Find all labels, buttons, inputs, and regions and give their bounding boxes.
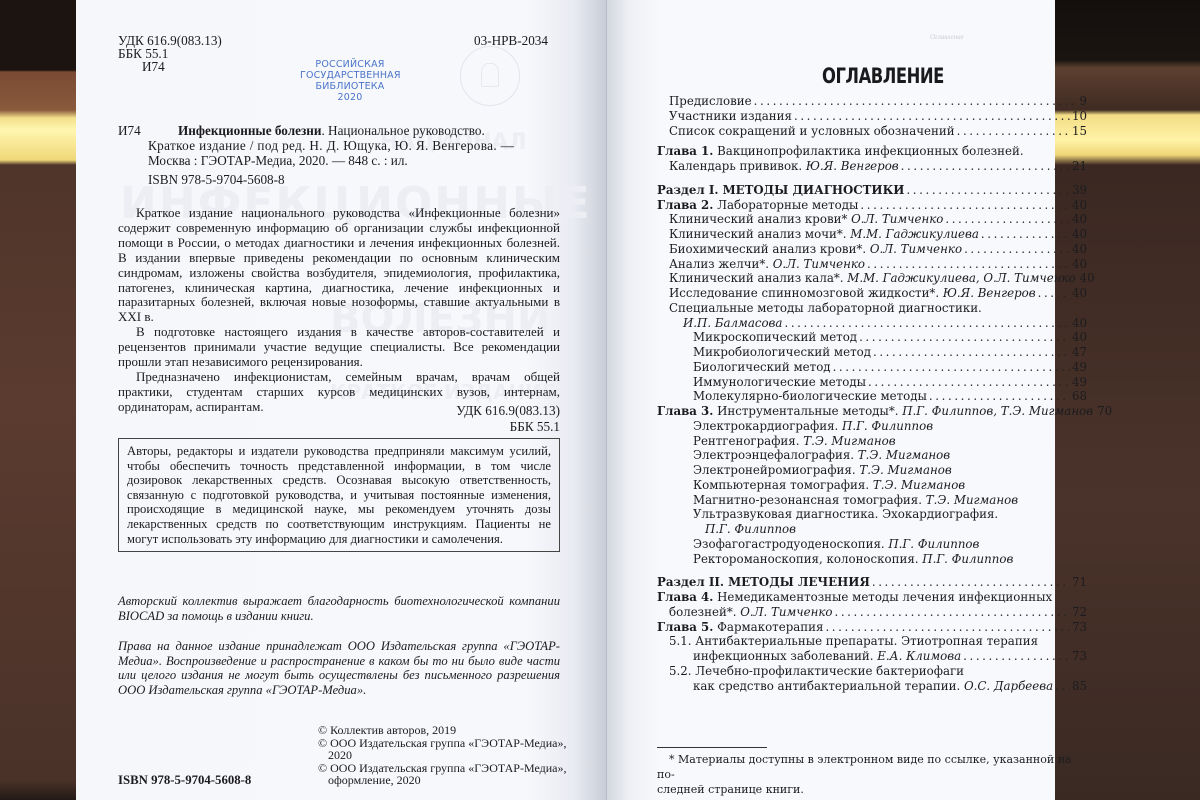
toc-page-number: 68 (1072, 389, 1087, 403)
copyright-line: оформление, 2020 (318, 774, 566, 787)
toc-entry-text: Магнитно-резонансная томография. (693, 493, 926, 507)
toc-entry-title: Анализ желчи*. О.Л. Тимченко (669, 257, 865, 271)
copyright-line: © ООО Издательская группа «ГЭОТАР-Медиа»… (318, 737, 566, 750)
dot-leader (867, 257, 1070, 271)
toc-entry-title: болезней*. О.Л. Тимченко (669, 605, 832, 619)
toc-entry-text: Рентгенография. (693, 434, 803, 448)
toc-entry-author: И.П. Балмасова (683, 316, 782, 330)
toc-entry-title: Иммунологические методы (693, 375, 866, 389)
dot-leader (872, 575, 1070, 589)
toc-entry-text: Фармакотерапия (713, 620, 823, 634)
toc-entry-text: инфекционных заболеваний. (693, 649, 877, 663)
dot-leader (957, 124, 1070, 138)
toc-entry-title: 5.1. Антибактериальные препараты. Этиотр… (669, 634, 1038, 648)
dot-leader (906, 183, 1070, 197)
toc-entry-text: Иммунологические методы (693, 375, 866, 389)
toc-entry-text: Микроскопический метод (693, 330, 857, 344)
toc-entry[interactable]: 5.2. Лечебно-профилактические бактериофа… (657, 664, 1087, 679)
toc-entry-title: И.П. Балмасова (683, 316, 782, 330)
toc-entry-title: Биохимический анализ крови*. О.Л. Тимчен… (669, 242, 962, 256)
background-left (0, 0, 76, 800)
toc-page-number: 40 (1072, 212, 1087, 226)
toc-entry[interactable]: Электрокардиография. П.Г. Филиппов (657, 419, 1087, 434)
toc-entry-text: Клинический анализ мочи*. (669, 227, 850, 241)
dot-leader (859, 330, 1070, 344)
dot-leader (1038, 286, 1070, 300)
disclaimer-box: Авторы, редакторы и издатели руководства… (118, 438, 560, 552)
toc-entry-text: Лабораторные методы (713, 198, 858, 212)
footnote-line: следней странице книги. (657, 782, 1087, 797)
toc-entry[interactable]: Специальные методы лабораторной диагност… (657, 301, 1087, 316)
toc-entry[interactable]: Микробиологический метод47 (657, 345, 1087, 360)
toc-entry-text: Электронейромиография. (693, 463, 859, 477)
toc-entry[interactable]: 5.1. Антибактериальные препараты. Этиотр… (657, 634, 1087, 649)
toc-page-number: 70 (1097, 404, 1112, 418)
toc-entry[interactable]: Глава 2. Лабораторные методы40 (657, 198, 1087, 213)
toc-entry-author: Т.Э. Мигманов (873, 478, 965, 492)
toc-entry[interactable]: Участники издания10 (657, 109, 1087, 124)
toc-entry[interactable]: Эзофагогастродуоденоскопия. П.Г. Филиппо… (657, 537, 1087, 552)
toc-page-number: 72 (1072, 605, 1087, 619)
toc-entry-text: Биохимический анализ крови*. (669, 242, 870, 256)
dot-leader (868, 375, 1070, 389)
toc-entry-text: Вакцинопрофилактика инфекционных болезне… (713, 144, 1023, 158)
author-mark: И74 (142, 60, 165, 75)
toc-entry[interactable]: Список сокращений и условных обозначений… (657, 124, 1087, 139)
toc-entry[interactable]: Биохимический анализ крови*. О.Л. Тимчен… (657, 242, 1087, 257)
stamp-line: РОССИЙСКАЯ (300, 59, 400, 70)
toc-entry-text: Микробиологический метод (693, 345, 871, 359)
toc-entry-heading: Глава 3. (657, 404, 713, 418)
toc-page-number: 49 (1072, 375, 1087, 389)
dot-leader (754, 94, 1078, 108)
toc-entry-title: Молекулярно-биологические методы (693, 389, 927, 403)
toc-entry-author: П.Г. Филиппов (922, 552, 1013, 566)
toc-entry-author: Ю.Я. Венгеров (943, 286, 1036, 300)
toc-entry[interactable]: Биологический метод49 (657, 360, 1087, 375)
toc-page-number: 40 (1072, 330, 1087, 344)
toc-entry-text: Инструментальные методы*. (713, 404, 902, 418)
publisher-seal-icon (460, 46, 520, 106)
rights-notice: Права на данное издание принадлежат ООО … (118, 639, 560, 697)
toc-entry-title: Глава 2. Лабораторные методы (657, 198, 858, 212)
toc-entry[interactable]: Электронейромиография. Т.Э. Мигманов (657, 463, 1087, 478)
toc-entry[interactable]: Глава 4. Немедикаментозные методы лечени… (657, 590, 1087, 605)
toc-entry-title: Клинический анализ мочи*. М.М. Гаджикули… (669, 227, 979, 241)
toc-entry-title: Эзофагогастродуоденоскопия. П.Г. Филиппо… (693, 537, 979, 551)
toc-entry-heading: Глава 5. (657, 620, 713, 634)
dot-leader (901, 159, 1070, 173)
footnote-line: * Материалы доступны в электронном виде … (657, 752, 1087, 782)
stamp-line: БИБЛИОТЕКА (300, 81, 400, 92)
toc-entry[interactable]: Раздел I. МЕТОДЫ ДИАГНОСТИКИ39 (657, 183, 1087, 198)
dot-leader (929, 389, 1070, 403)
toc-entry-author: Т.Э. Мигманов (926, 493, 1018, 507)
toc-entry-title: Клинический анализ кала*. М.М. Гаджикули… (669, 271, 1076, 285)
toc-entry[interactable]: Клинический анализ крови* О.Л. Тимченко4… (657, 212, 1087, 227)
toc-entry[interactable]: Компьютерная томография. Т.Э. Мигманов (657, 478, 1087, 493)
annotation-paragraph: В подготовке настоящего издания в качест… (118, 325, 560, 370)
toc-entry-title: Микроскопический метод (693, 330, 857, 344)
dot-leader (873, 345, 1070, 359)
toc-entry[interactable]: Раздел II. МЕТОДЫ ЛЕЧЕНИЯ71 (657, 575, 1087, 590)
toc-entry[interactable]: как средство антибактериальной терапии. … (657, 679, 1087, 694)
dot-leader (794, 109, 1070, 123)
toc-page-number: 47 (1072, 345, 1087, 359)
toc-entry[interactable]: Календарь прививок. Ю.Я. Венгеров21 (657, 159, 1087, 174)
toc-entry-title: П.Г. Филиппов (705, 522, 796, 536)
toc-entry-text: Молекулярно-биологические методы (693, 389, 927, 403)
toc-entry-text: 5.1. Антибактериальные препараты. Этиотр… (669, 634, 1038, 648)
copyright-line: © Коллектив авторов, 2019 (318, 724, 566, 737)
annotation-paragraph: Краткое издание национального руководств… (118, 206, 560, 325)
toc-entry-title: Клинический анализ крови* О.Л. Тимченко (669, 212, 943, 226)
toc-page-number: 21 (1072, 159, 1087, 173)
footnote-rule (657, 747, 767, 748)
toc-page-number: 40 (1072, 316, 1087, 330)
dot-leader (964, 242, 1070, 256)
toc-entry-author: Е.А. Климова (877, 649, 961, 663)
toc-entry-heading: Раздел II. МЕТОДЫ ЛЕЧЕНИЯ (657, 575, 870, 589)
toc-entry-author: О.С. Дарбеева (964, 679, 1053, 693)
toc-page-number: 40 (1072, 198, 1087, 212)
toc-entry-title: Календарь прививок. Ю.Я. Венгеров (669, 159, 899, 173)
book-title: Инфекционные болезни (178, 123, 321, 138)
toc-entry[interactable]: Электроэнцефалография. Т.Э. Мигманов (657, 448, 1087, 463)
toc-entry[interactable]: Микроскопический метод40 (657, 330, 1087, 345)
toc-entry-text: Список сокращений и условных обозначений (669, 124, 955, 138)
toc-entry[interactable]: Клинический анализ мочи*. М.М. Гаджикули… (657, 227, 1087, 242)
toc-entry[interactable]: Ректороманоскопия, колоноскопия. П.Г. Фи… (657, 552, 1087, 567)
toc-entry-title: Микробиологический метод (693, 345, 871, 359)
toc-entry-text: Электрокардиография. (693, 419, 842, 433)
toc-entry-title: Ректороманоскопия, колоноскопия. П.Г. Фи… (693, 552, 1013, 566)
toc-entry[interactable]: Ультразвуковая диагностика. Эхокардиогра… (657, 507, 1087, 522)
copyright-line: 2020 (318, 749, 566, 762)
isbn-bottom: ISBN 978-5-9704-5608-8 (118, 773, 251, 788)
stamp-line: ГОСУДАРСТВЕННАЯ (300, 70, 400, 81)
toc-entry-title: Глава 4. Немедикаментозные методы лечени… (657, 590, 1052, 604)
dot-leader (825, 620, 1070, 634)
running-header: Оглавление (930, 33, 964, 41)
toc-entry-text: Компьютерная томография. (693, 478, 873, 492)
toc-page-number: 73 (1072, 649, 1087, 663)
toc-entry-title: Биологический метод (693, 360, 831, 374)
toc-entry-author: О.Л. Тимченко (851, 212, 943, 226)
toc-page-number: 71 (1072, 575, 1087, 589)
toc-entry-title: Список сокращений и условных обозначений (669, 124, 955, 138)
dot-leader (963, 649, 1070, 663)
toc-entry[interactable]: Иммунологические методы49 (657, 375, 1087, 390)
dot-leader (1055, 679, 1070, 693)
toc-entry-text: Анализ желчи*. (669, 257, 773, 271)
toc-entry-text: Ультразвуковая диагностика. Эхокардиогра… (693, 507, 998, 521)
toc-entry-author: П.Г. Филиппов (705, 522, 796, 536)
toc-entry-title: Раздел II. МЕТОДЫ ЛЕЧЕНИЯ (657, 575, 870, 589)
toc-entry-heading: Глава 1. (657, 144, 713, 158)
toc-entry-author: О.Л. Тимченко (870, 242, 962, 256)
toc-entry-title: Предисловие (669, 94, 752, 108)
toc-entry[interactable]: Рентгенография. Т.Э. Мигманов (657, 434, 1087, 449)
toc-page-number: 9 (1079, 94, 1087, 108)
toc-entry-text: Биологический метод (693, 360, 831, 374)
toc-entry-author: М.М. Гаджикулиева (850, 227, 979, 241)
toc-page-number: 39 (1072, 183, 1087, 197)
toc-entry-title: Электроэнцефалография. Т.Э. Мигманов (693, 448, 950, 462)
toc-page-number: 15 (1072, 124, 1087, 138)
toc-page-number: 49 (1072, 360, 1087, 374)
catalog-line-3: Москва : ГЭОТАР-Медиа, 2020. — 848 с. : … (148, 154, 408, 169)
toc-entry-text: болезней*. (669, 605, 740, 619)
toc-entry[interactable]: П.Г. Филиппов (657, 522, 1087, 537)
toc-entry-text: Ректороманоскопия, колоноскопия. (693, 552, 922, 566)
toc-entry-title: Исследование спинномозговой жидкости*. Ю… (669, 286, 1036, 300)
copyright-block: © Коллектив авторов, 2019 © ООО Издатель… (318, 724, 566, 787)
library-stamp: РОССИЙСКАЯ ГОСУДАРСТВЕННАЯ БИБЛИОТЕКА 20… (300, 59, 400, 103)
toc-entry-author: Т.Э. Мигманов (859, 463, 951, 477)
toc-title: ОГЛАВЛЕНИЕ (822, 64, 944, 88)
dot-leader (784, 316, 1070, 330)
toc-entry[interactable]: инфекционных заболеваний. Е.А. Климова73 (657, 649, 1087, 664)
toc-entry-text: 5.2. Лечебно-профилактические бактериофа… (669, 664, 964, 678)
toc-page-number: 40 (1072, 242, 1087, 256)
toc-entry-author: П.Г. Филиппов (888, 537, 979, 551)
toc-entry-title: Электронейромиография. Т.Э. Мигманов (693, 463, 952, 477)
toc-entry-author: Т.Э. Мигманов (803, 434, 895, 448)
dot-leader (860, 198, 1070, 212)
isbn: ISBN 978-5-9704-5608-8 (148, 173, 285, 188)
toc-entry-title: Компьютерная томография. Т.Э. Мигманов (693, 478, 965, 492)
toc-entry[interactable]: Молекулярно-биологические методы68 (657, 389, 1087, 404)
toc-entry-heading: Глава 4. (657, 590, 713, 604)
toc-entry-text: Исследование спинномозговой жидкости*. (669, 286, 943, 300)
toc-entry-author: М.М. Гаджикулиева, О.Л. Тимченко (847, 271, 1075, 285)
dot-leader (833, 360, 1070, 374)
toc-entry-title: Электрокардиография. П.Г. Филиппов (693, 419, 933, 433)
toc-entry-author: П.Г. Филиппов (842, 419, 933, 433)
toc-entry[interactable]: Глава 5. Фармакотерапия73 (657, 620, 1087, 635)
acknowledgement: Авторский коллектив выражает благодарнос… (118, 594, 560, 623)
toc-entry-title: Ультразвуковая диагностика. Эхокардиогра… (693, 507, 998, 521)
toc-entry-text: Участники издания (669, 109, 792, 123)
footnote: * Материалы доступны в электронном виде … (657, 752, 1087, 797)
catalog-subtitle: . Национальное руководство. (321, 123, 484, 138)
toc-page-number: 40 (1072, 257, 1087, 271)
toc-entry-text: Предисловие (669, 94, 752, 108)
toc-entry-title: Глава 5. Фармакотерапия (657, 620, 823, 634)
stamp-line: 2020 (300, 92, 400, 103)
toc-entry-title: как средство антибактериальной терапии. … (693, 679, 1053, 693)
toc-entry-heading: Глава 2. (657, 198, 713, 212)
toc-entry[interactable]: Анализ желчи*. О.Л. Тимченко40 (657, 257, 1087, 272)
toc-entry-text: Электроэнцефалография. (693, 448, 858, 462)
toc-entry-text: Клинический анализ крови* (669, 212, 851, 226)
toc-entry[interactable]: Глава 3. Инструментальные методы*. П.Г. … (657, 404, 1087, 419)
toc-entry-text: Календарь прививок. (669, 159, 806, 173)
catalog-title-line: Инфекционные болезни. Национальное руков… (178, 124, 562, 139)
toc-entry-heading: Раздел I. МЕТОДЫ ДИАГНОСТИКИ (657, 183, 904, 197)
toc-entry-text: как средство антибактериальной терапии. (693, 679, 964, 693)
toc-entry[interactable]: Клинический анализ кала*. М.М. Гаджикули… (657, 271, 1087, 286)
toc-entry[interactable]: И.П. Балмасова40 (657, 316, 1087, 331)
toc-entry[interactable]: Исследование спинномозговой жидкости*. Ю… (657, 286, 1087, 301)
annotation: Краткое издание национального руководств… (118, 206, 560, 415)
catalog-mark: И74 (118, 124, 141, 139)
toc-entry-title: Раздел I. МЕТОДЫ ДИАГНОСТИКИ (657, 183, 904, 197)
toc-entry-title: 5.2. Лечебно-профилактические бактериофа… (669, 664, 964, 678)
toc-entry-title: Участники издания (669, 109, 792, 123)
toc-entry-title: Глава 3. Инструментальные методы*. П.Г. … (657, 404, 1093, 418)
toc-entry-title: Магнитно-резонансная томография. Т.Э. Ми… (693, 493, 1018, 507)
toc-entry-text: Немедикаментозные методы лечения инфекци… (713, 590, 1052, 604)
toc-page-number: 40 (1072, 227, 1087, 241)
bbk-bottom: ББК 55.1 (510, 420, 560, 435)
toc-entry-text: Специальные методы лабораторной диагност… (669, 301, 982, 315)
toc-entry-title: Специальные методы лабораторной диагност… (669, 301, 982, 315)
toc-entry-title: инфекционных заболеваний. Е.А. Климова (693, 649, 961, 663)
dot-leader (945, 212, 1070, 226)
toc-entry[interactable]: болезней*. О.Л. Тимченко72 (657, 605, 1087, 620)
toc-entry-author: О.Л. Тимченко (740, 605, 832, 619)
toc-entry-author: Ю.Я. Венгеров (806, 159, 899, 173)
catalog-line-2: Краткое издание / под ред. Н. Д. Ющука, … (148, 139, 514, 154)
toc-entry-author: П.Г. Филиппов, Т.Э. Мигманов (902, 404, 1093, 418)
toc-entry[interactable]: Предисловие9 (657, 94, 1087, 109)
udk-bottom: УДК 616.9(083.13) (456, 404, 560, 419)
toc-page-number: 40 (1080, 271, 1095, 285)
toc-page-number: 73 (1072, 620, 1087, 634)
dot-leader (834, 605, 1070, 619)
toc-entry-text: Клинический анализ кала*. (669, 271, 847, 285)
toc-entry-text: Эзофагогастродуоденоскопия. (693, 537, 888, 551)
dot-leader (981, 227, 1070, 241)
toc-entry[interactable]: Магнитно-резонансная томография. Т.Э. Ми… (657, 493, 1087, 508)
toc-page-number: 40 (1072, 286, 1087, 300)
toc-page-number: 85 (1072, 679, 1087, 693)
toc-page-number: 10 (1072, 109, 1087, 123)
toc-entry-author: Т.Э. Мигманов (858, 448, 950, 462)
toc-entry-title: Рентгенография. Т.Э. Мигманов (693, 434, 896, 448)
toc-entry[interactable]: Глава 1. Вакцинопрофилактика инфекционны… (657, 144, 1087, 159)
toc-entry-title: Глава 1. Вакцинопрофилактика инфекционны… (657, 144, 1024, 158)
toc-entry-author: О.Л. Тимченко (773, 257, 865, 271)
